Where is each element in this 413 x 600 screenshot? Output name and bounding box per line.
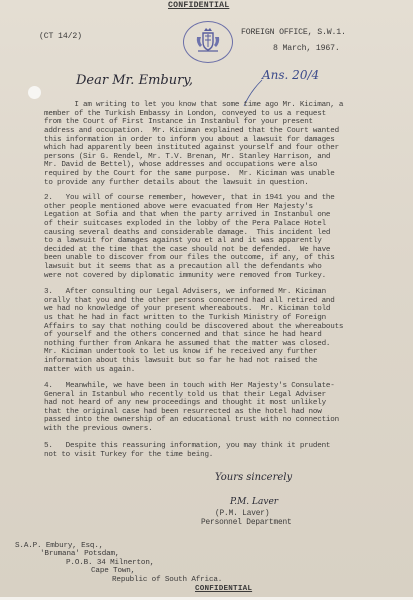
paragraph-line: Mr. David de Bettel), whose addresses an… [44,161,317,170]
paragraph-line: been unable to discover from our files t… [44,254,335,263]
punch-hole [28,86,41,99]
signatory-name: (P.M. Laver) [215,510,269,519]
handwritten-annotation: Ans. 20/4 [262,68,319,82]
classification-top: CONFIDENTIAL [168,2,229,11]
paragraph-line: 3. After consulting our Legal Advisers, … [44,288,326,297]
paragraph-line: required by the Court for the same purpo… [44,170,335,179]
sender-office: FOREIGN OFFICE, S.W.1. [241,29,346,38]
paragraph-line: passed into the ownership of an educatio… [44,416,339,425]
letter-page: CONFIDENTIAL (CT 14/2) FOREIGN OFFICE, S… [0,0,413,597]
paragraph-line: Legation at Sofia and that when the part… [44,211,330,220]
paragraph-line: with the previous owners. [44,425,152,434]
paragraph-line: from the Court of First Instance in Inst… [44,118,313,127]
salutation: Dear Mr. Embury, [76,73,193,88]
address-line: Republic of South Africa. [112,576,222,585]
paragraph-line: to provide any further details about the… [44,179,309,188]
paragraph-line: to a lawsuit for damages against you et … [44,237,322,246]
royal-crest-icon [183,21,233,63]
paragraph-line: us that he had in fact written to the Tu… [44,314,326,323]
paragraph-line: matter with us again. [44,366,135,375]
paragraph-line: had not heard of any new proceedings and… [44,399,326,408]
coat-of-arms-icon [194,27,222,55]
paragraph-line: not to visit Turkey for the time being. [44,451,213,460]
paragraph-line: Mr. Kiciman undertook to let us know if … [44,348,317,357]
paragraph-line: of their suitcases exploded in the lobby… [44,220,326,229]
signatory-department: Personnel Department [201,519,292,528]
paragraph-line: information about this lawsuit but so fa… [44,357,317,366]
paragraph-line: we had no knowledge of your present wher… [44,305,330,314]
paragraph-line: 5. Despite this reassuring information, … [44,442,330,451]
paragraph-line: of yourself and the others concerned and… [44,331,322,340]
address-line: 'Brumana' Potsdam, [40,550,119,559]
address-line: Cape Town, [91,567,135,576]
signature: P.M. Laver [230,497,278,507]
letter-date: 8 March, 1967. [273,45,340,54]
paragraph-line: lawsuit but it seems that as a precautio… [44,263,322,272]
reference-number: (CT 14/2) [39,33,82,42]
classification-bottom: CONFIDENTIAL [195,585,252,594]
paragraph-line: 2. You will of course remember, however,… [44,194,335,203]
paragraph-line: which had apparently been instituted aga… [44,144,339,153]
paragraph-line: 4. Meanwhile, we have been in touch with… [44,382,335,391]
paragraph-line: address and occupation. Mr. Kiciman expl… [44,127,339,136]
paragraph-line: were not covered by diplomatic immunity … [44,272,326,281]
paragraph-line: I am writing to let you know that some t… [44,101,343,110]
valediction: Yours sincerely [215,472,292,483]
